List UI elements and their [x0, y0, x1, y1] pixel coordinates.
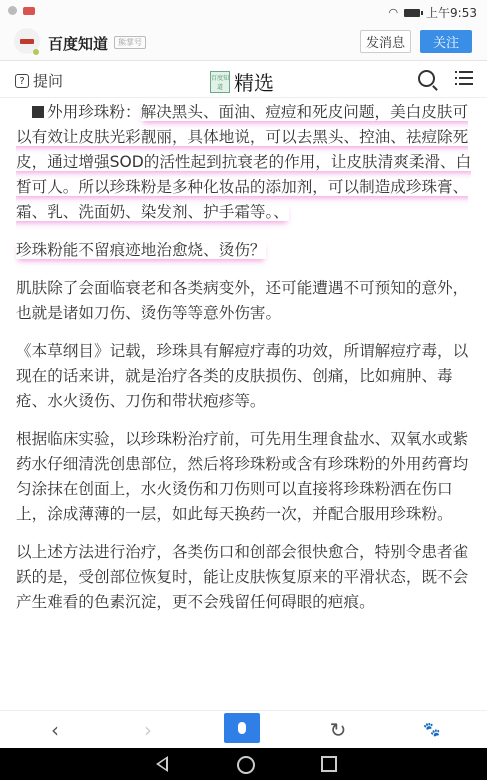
- back-icon[interactable]: ‹: [40, 711, 70, 749]
- avatar[interactable]: [14, 28, 40, 54]
- system-navigation-bar: [0, 748, 487, 780]
- paragraph: 外用珍珠粉：解决黑头、面油、痘痘和死皮问题，美白皮肤可以有效让皮肤光彩靓丽，具体…: [16, 100, 476, 225]
- refresh-icon[interactable]: ↻: [323, 711, 353, 749]
- forward-icon[interactable]: ›: [133, 711, 163, 749]
- system-recents-icon[interactable]: [321, 756, 337, 772]
- ask-label: 提问: [33, 70, 63, 91]
- status-bar: ◠ 上午9:53: [0, 0, 487, 24]
- wifi-icon: ◠: [388, 6, 398, 19]
- nav-bar: ? 提问 百度知道 精选: [0, 61, 487, 98]
- system-back-icon[interactable]: [156, 756, 168, 772]
- clock: 上午9:53: [426, 4, 477, 21]
- battery-icon: [404, 9, 420, 17]
- logo: 百度知道 精选: [210, 67, 274, 96]
- account-name[interactable]: 百度知道: [48, 33, 108, 54]
- search-icon[interactable]: [418, 70, 435, 87]
- ask-button[interactable]: ? 提问: [15, 70, 63, 91]
- notification-icon: [8, 6, 17, 15]
- account-header: 百度知道 熊掌号 发消息 关注: [0, 24, 487, 61]
- menu-icon[interactable]: [455, 71, 473, 85]
- question-icon: ?: [15, 74, 29, 88]
- logo-text: 精选: [234, 67, 274, 96]
- app-badge-icon: [23, 7, 35, 15]
- voice-search-button[interactable]: [224, 713, 260, 743]
- logo-badge: 百度知道: [210, 71, 230, 93]
- send-message-button[interactable]: 发消息: [360, 30, 411, 53]
- checkbox-icon: [32, 106, 44, 118]
- follow-button[interactable]: 关注: [420, 30, 472, 53]
- paragraph: 以上述方法进行治疗，各类伤口和创部会很快愈合，特别令患者雀跃的是，受创部位恢复时…: [16, 540, 476, 615]
- system-home-icon[interactable]: [237, 756, 255, 774]
- paragraph: 肌肤除了会面临衰老和各类病变外，还可能遭遇不可预知的意外，也就是诸如刀伤、烫伤等…: [16, 276, 476, 326]
- baidu-paw-icon[interactable]: 🐾: [417, 711, 447, 749]
- article-body: 外用珍珠粉：解决黑头、面油、痘痘和死皮问题，美白皮肤可以有效让皮肤光彩靓丽，具体…: [16, 100, 476, 628]
- browser-toolbar: ‹ › ↻ 🐾: [0, 710, 487, 749]
- section-heading: 珍珠粉能不留痕迹地治愈烧、烫伤？: [16, 238, 476, 263]
- paragraph: 《本草纲目》记载，珍珠具有解痘疗毒的功效，所谓解痘疗毒，以现在的话来讲，就是治疗…: [16, 339, 476, 414]
- account-tag-badge: 熊掌号: [114, 36, 146, 49]
- paragraph: 根据临床实验，以珍珠粉治疗前，可先用生理食盐水、双氧水或紫药水仔细清洗创患部位，…: [16, 427, 476, 527]
- microphone-icon: [238, 722, 246, 734]
